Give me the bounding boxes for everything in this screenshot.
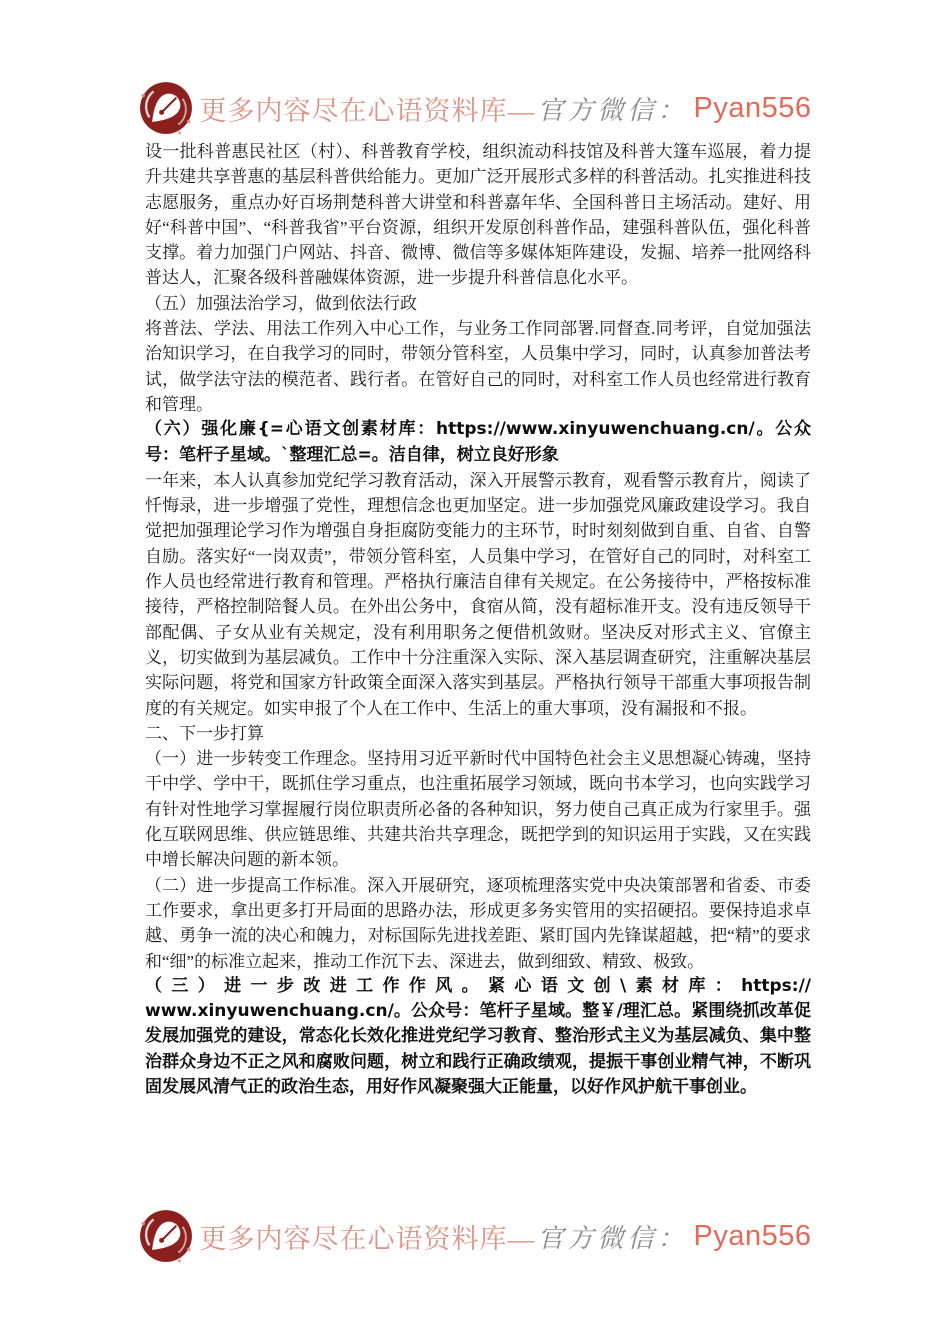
paragraph-science-popularization: 设一批科普惠民社区（村）、科普教育学校，组织流动科技馆及科普大篷车巡展，着力提升… (145, 139, 811, 291)
footer-brand-text: 更多内容尽在心语资料库— (199, 1217, 535, 1256)
document-body: 设一批科普惠民社区（村）、科普教育学校，组织流动科技馆及科普大篷车巡展，着力提升… (145, 139, 811, 1100)
document-page: 更多内容尽在心语资料库— 官方微信： Pyan556 设一批科普惠民社区（村）、… (0, 0, 950, 1344)
footer-wechat-id: Pyan556 (694, 1220, 812, 1253)
pen-nib-icon (138, 80, 194, 136)
paragraph-part2-item-2: （二）进一步提高工作标准。深入开展研究，逐项梳理落实党中央决策部署和省委、市委工… (145, 873, 811, 974)
footer-watermark: 更多内容尽在心语资料库— 官方微信： Pyan556 (0, 1208, 950, 1264)
paragraph-part2-item-1: （一）进一步转变工作理念。坚持用习近平新时代中国特色社会主义思想凝心铸魂，坚持干… (145, 746, 811, 872)
paragraph-part2-item-3: （三）进一步改进工作作风。紧心语文创\素材库：https://​www.xiny… (145, 974, 811, 1100)
paragraph-section-5: 将普法、学法、用法工作列入中心工作，与业务工作同部署.同督查.同考评，自觉加强法… (145, 316, 811, 417)
header-watermark: 更多内容尽在心语资料库— 官方微信： Pyan556 (0, 80, 950, 136)
header-wechat-label: 官方微信： (537, 90, 687, 127)
footer-wechat-label: 官方微信： (537, 1218, 687, 1255)
pen-nib-icon (138, 1208, 194, 1264)
heading-part-2: 二、下一步打算 (145, 721, 811, 746)
heading-section-6: （六）强化廉{=心语文创素材库：https://​www.xinyuwenchu… (145, 417, 811, 468)
paragraph-section-6: 一年来，本人认真参加党纪学习教育活动，深入开展警示教育，观看警示教育片，阅读了忏… (145, 468, 811, 721)
header-brand-text: 更多内容尽在心语资料库— (199, 89, 535, 128)
heading-section-5: （五）加强法治学习，做到依法行政 (145, 291, 811, 316)
header-wechat-id: Pyan556 (694, 92, 812, 125)
